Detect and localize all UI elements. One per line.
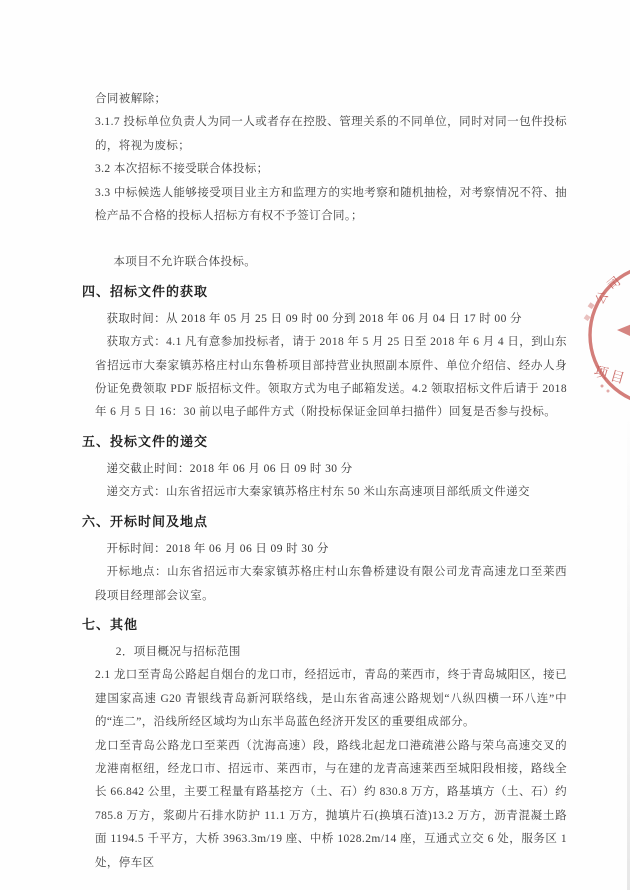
seal-bottom-mark bbox=[607, 390, 610, 393]
paragraph-3-1-7: 3.1.7 投标单位负责人为同一人或者存在控股、管理关系的不同单位，同时对同一包… bbox=[95, 111, 567, 158]
seal-rim bbox=[590, 265, 630, 405]
paragraph-3-2: 3.2 本次招标不接受联合体投标； bbox=[95, 158, 567, 181]
seal-arc-partial-glyph bbox=[584, 314, 591, 321]
seal-bottom-mark bbox=[601, 385, 604, 388]
paragraph-no-consortium: 本项目不允许联合体投标。 bbox=[95, 251, 567, 274]
paragraph-route-engineering-details: 龙口至青岛公路龙口至莱西（沈海高速）段，路线北起龙口港疏港公路与荣乌高速交叉的龙… bbox=[95, 735, 567, 875]
document-body: 合同被解除； 3.1.7 投标单位负责人为同一人或者存在控股、管理关系的不同单位… bbox=[95, 88, 567, 875]
paragraph-opening-place: 开标地点：山东省招远市大秦家镇苏格庄村山东鲁桥建设有限公司龙青高速龙口至莱西段项… bbox=[95, 561, 567, 608]
paragraph-submit-method: 递交方式：山东省招远市大秦家镇苏格庄村东 50 米山东高速项目部纸质文件递交 bbox=[95, 481, 567, 504]
section-heading-opening-time-place: 六、开标时间及地点 bbox=[82, 509, 567, 534]
svg-text:公司: 公司 bbox=[593, 271, 628, 307]
company-seal-stamp: 公司 项目 bbox=[580, 256, 630, 408]
star-icon bbox=[617, 317, 630, 346]
seal-arc-partial-glyph bbox=[588, 302, 595, 309]
paragraph-obtain-time: 获取时间：从 2018 年 05 月 25 日 09 时 00 分到 2018 … bbox=[95, 308, 567, 331]
section-heading-obtain-documents: 四、招标文件的获取 bbox=[82, 279, 567, 304]
seal-arc-text: 公司 bbox=[593, 271, 628, 307]
seal-center-text: 项目 bbox=[592, 363, 629, 388]
section-heading-submit-documents: 五、投标文件的递交 bbox=[82, 429, 567, 454]
section-heading-other: 七、其他 bbox=[82, 612, 567, 637]
paragraph-project-scope-title: 2．项目概况与招标范围 bbox=[95, 641, 567, 664]
paragraph-contract-release: 合同被解除； bbox=[95, 88, 567, 111]
paragraph-project-overview-2-1: 2.1 龙口至青岛公路起自烟台的龙口市，经招远市，青岛的莱西市，终于青岛城阳区，… bbox=[95, 664, 567, 734]
document-page: 合同被解除； 3.1.7 投标单位负责人为同一人或者存在控股、管理关系的不同单位… bbox=[0, 0, 630, 890]
paragraph-submit-deadline: 递交截止时间：2018 年 06 月 06 日 09 时 30 分 bbox=[95, 458, 567, 481]
paragraph-opening-time: 开标时间：2018 年 06 月 06 日 09 时 30 分 bbox=[95, 538, 567, 561]
paragraph-3-3: 3.3 中标候选人能够接受项目业主方和监理方的实地考察和随机抽检，对考察情况不符… bbox=[95, 182, 567, 229]
paragraph-obtain-method: 获取方式：4.1 凡有意参加投标者，请于 2018 年 5 月 25 日至 20… bbox=[95, 331, 567, 425]
